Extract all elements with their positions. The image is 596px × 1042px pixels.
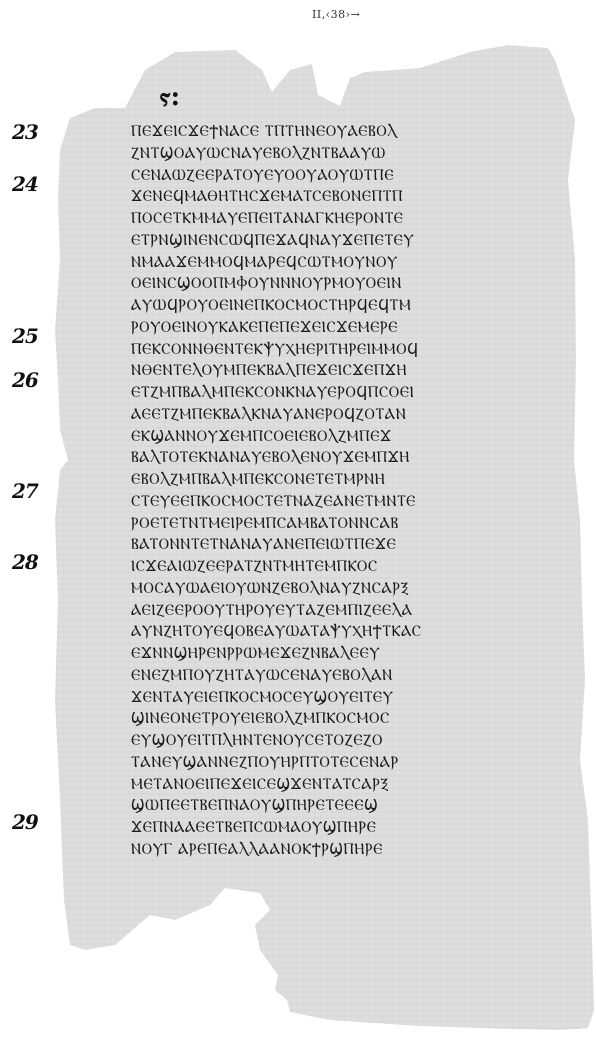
text-line: ⲠⲞⲤⲈⲦⲔⲘⲘⲀⲨⲈⲠⲈⲒⲦⲀⲚⲀⲄⲔⲎⲈⲢⲞⲚⲦⲈ — [131, 208, 540, 230]
logion-number-26: 26 — [12, 368, 38, 392]
text-line: ⲈⲦⲌⲘⲠⲂⲀⲖⲘⲠⲈⲔⲤⲞⲚⲔⲚⲀⲨⲈⲢⲞϤⲠⲤⲞⲈⲒ — [131, 382, 540, 404]
page-number-mark: ⲋ: — [160, 82, 180, 113]
logion-number-24: 24 — [12, 172, 38, 196]
text-line: ϪⲈⲚⲈϤⲘⲀⲐⲎⲦⲎⲤϪⲈⲘⲀⲦⲤⲈⲂⲞⲚⲈⲠⲦⲠ — [131, 186, 540, 208]
text-line: ⲚⲐⲈⲚⲦⲈⲖⲞⲨⲘⲠⲈⲔⲂⲀⲖⲠⲈϪⲈⲒⲤϪⲈⲠϪⲎ — [131, 360, 540, 382]
text-line: ⲈⲔϢⲀⲚⲚⲞⲨϪⲈⲘⲠⲤⲞⲈⲒⲈⲂⲞⲖⲌⲘⲠⲈϪ — [131, 426, 540, 448]
text-line: ⲦⲀⲚⲈⲨϢⲀⲚⲚⲈⲌⲠⲞⲨⲎⲢⲠⲦⲞⲦⲈⲤⲈⲚⲀⲢ — [131, 752, 540, 774]
text-line: ⲒⲤϪⲈⲀⲒⲰⲌⲈⲈⲢⲀⲦⲌⲚⲦⲘⲎⲦⲈⲘⲠⲔⲞⲤ — [131, 556, 540, 578]
text-line: ⲚⲞⲨⲄ ⲀⲢⲈⲠⲈⲀⲖⲖⲀⲀⲚⲞⲔϮⲢϢⲠⲎⲢⲈ — [131, 839, 540, 861]
text-line: ⲈⲂⲞⲖⲌⲘⲠⲂⲀⲖⲘⲠⲈⲔⲤⲞⲚⲈⲦⲈⲦⲘⲢⲚⲎ — [131, 469, 540, 491]
logion-number-28: 28 — [12, 550, 38, 574]
text-line: ⲌⲚⲦϢⲞⲀⲨⲰⲤⲚⲀⲨⲈⲂⲞⲖⲌⲚⲦⲂⲀⲀⲨⲰ — [131, 143, 540, 165]
text-line: ⲈϪⲚⲚϢⲎⲢⲈⲚⲢⲢⲰⲘⲈϪⲈⲌⲚⲂⲀⲖⲈⲈⲨ — [131, 643, 540, 665]
text-line: ⲤⲦⲈⲨⲈⲈⲠⲔⲞⲤⲘⲞⲤⲦⲈⲦⲚⲀⲌⲈⲀⲚⲈⲦⲘⲚⲦⲈ — [131, 491, 540, 513]
text-line: ⲠⲈⲔⲤⲞⲚⲚⲐⲈⲚⲦⲈⲔⲮⲨⲬⲎⲈⲢⲒⲦⲎⲢⲈⲒⲘⲘⲞϤ — [131, 339, 540, 361]
text-line: ϢⲰⲠⲈⲈⲦⲂⲈⲠⲚⲀⲞⲨϢⲠⲎⲢⲈⲦⲈⲈⲈϢ — [131, 795, 540, 817]
text-line: ⲚⲘⲀⲀϪⲈⲘⲘⲞϤⲘⲀⲢⲈϤⲤⲰⲦⲘⲞⲨⲚⲞⲨ — [131, 252, 540, 274]
logion-number-25: 25 — [12, 324, 38, 348]
text-line: ⲈⲦⲢⲚϢⲒⲚⲈⲚⲤⲰϤⲠⲈϪⲀϤⲚⲀⲨϪⲈⲠⲈⲦⲈⲨ — [131, 230, 540, 252]
text-line: ⲀⲈⲒⲌⲈⲈⲢⲞⲞⲨⲦⲎⲢⲞⲨⲈⲨⲦⲀⲌⲈⲘⲠⲒⲌⲈⲈⲖⲀ — [131, 600, 540, 622]
text-line: ⲠⲈϪⲈⲒⲤϪⲈϮⲚⲀⲤⲈ ⲦⲠⲦⲎⲚⲈⲞⲨⲀⲈⲂⲞⲖ — [131, 121, 540, 143]
text-line: ⲢⲞⲨⲞⲈⲒⲚⲞⲨⲔⲀⲔⲈⲠⲈⲠⲈϪⲈⲒⲤϪⲈⲘⲈⲢⲈ — [131, 317, 540, 339]
text-line: ⲤⲈⲚⲀⲰⲌⲈⲈⲢⲀⲦⲞⲨⲈⲨⲞⲞⲨⲀⲞⲨⲰⲦⲠⲈ — [131, 165, 540, 187]
text-line: ϢⲒⲚⲈⲞⲚⲈⲦⲢⲞⲨⲈⲒⲈⲂⲞⲖⲌⲘⲠⲔⲞⲤⲘⲞⲤ — [131, 708, 540, 730]
text-line: ⲘⲞⲤⲀⲨⲰⲀⲈⲒⲞⲨⲰⲚⲌⲈⲂⲞⲖⲚⲀⲨⲌⲚⲤⲀⲢⲜ — [131, 578, 540, 600]
text-line: ϪⲈⲠⲚⲀⲀⲈⲈⲦⲂⲈⲠⲤⲰⲘⲀⲞⲨϢⲠⲎⲢⲈ — [131, 817, 540, 839]
text-line: ⲀⲨⲚⲌⲎⲦⲞⲨⲈϤⲞⲂⲈⲀⲨⲰⲀⲦⲀⲮⲨⲬⲎϮⲦⲔⲀⲤ — [131, 621, 540, 643]
text-line: ⲂⲀⲖⲦⲞⲦⲈⲔⲚⲀⲚⲀⲨⲈⲂⲞⲖⲈⲚⲞⲨϪⲈⲘⲠϪⲎ — [131, 447, 540, 469]
logion-number-23: 23 — [12, 120, 38, 144]
text-line: ⲞⲈⲒⲚⲤϢⲞⲞⲠⲘⲪⲞⲨⲚⲚⲚⲞⲨⲢⲘⲞⲨⲞⲈⲒⲚ — [131, 273, 540, 295]
text-line: ϪⲈⲚⲦⲀⲨⲈⲒⲈⲠⲔⲞⲤⲘⲞⲤⲈⲨϢⲞⲨⲈⲒⲦⲈⲨ — [131, 687, 540, 709]
page-reference: II,‹38›→ — [312, 8, 360, 21]
logion-number-27: 27 — [12, 479, 38, 503]
text-line: ⲂⲀⲦⲞⲚⲚⲦⲈⲦⲚⲀⲚⲀⲨⲀⲚⲈⲠⲈⲒⲰⲦⲠⲈϪⲈ — [131, 534, 540, 556]
logion-number-29: 29 — [12, 810, 38, 834]
coptic-text-column: ⲠⲈϪⲈⲒⲤϪⲈϮⲚⲀⲤⲈ ⲦⲠⲦⲎⲚⲈⲞⲨⲀⲈⲂⲞⲖ ⲌⲚⲦϢⲞⲀⲨⲰⲤⲚⲀⲨ… — [131, 121, 571, 861]
text-line: ⲀⲈⲈⲦⲌⲘⲠⲈⲔⲂⲀⲖⲔⲚⲀⲨⲀⲚⲈⲢⲞϤⲌⲞⲦⲀⲚ — [131, 404, 540, 426]
text-line: ⲀⲨⲰϤⲢⲞⲨⲞⲈⲒⲚⲈⲠⲔⲞⲤⲘⲞⲤⲦⲎⲢϤⲈϤⲦⲘ — [131, 295, 540, 317]
text-line: ⲢⲞⲈⲦⲈⲦⲚⲦⲘⲈⲒⲢⲈⲘⲠⲤⲀⲘⲂⲀⲦⲞⲚⲚⲤⲀⲂ — [131, 513, 540, 535]
text-line: ⲘⲈⲦⲀⲚⲞⲈⲒⲠⲈϪⲈⲒⲤⲈϢϪⲈⲚⲦⲀⲦⲤⲀⲢⲜ — [131, 774, 540, 796]
text-line: ⲈⲨϢⲞⲨⲈⲒⲦⲠⲖⲎⲚⲦⲈⲚⲞⲨⲤⲈⲦⲞⲌⲈⲌⲞ — [131, 730, 540, 752]
text-line: ⲈⲚⲈⲌⲘⲠⲞⲨⲌⲎⲦⲀⲨⲰⲤⲈⲚⲀⲨⲈⲂⲞⲖⲀⲚ — [131, 665, 540, 687]
